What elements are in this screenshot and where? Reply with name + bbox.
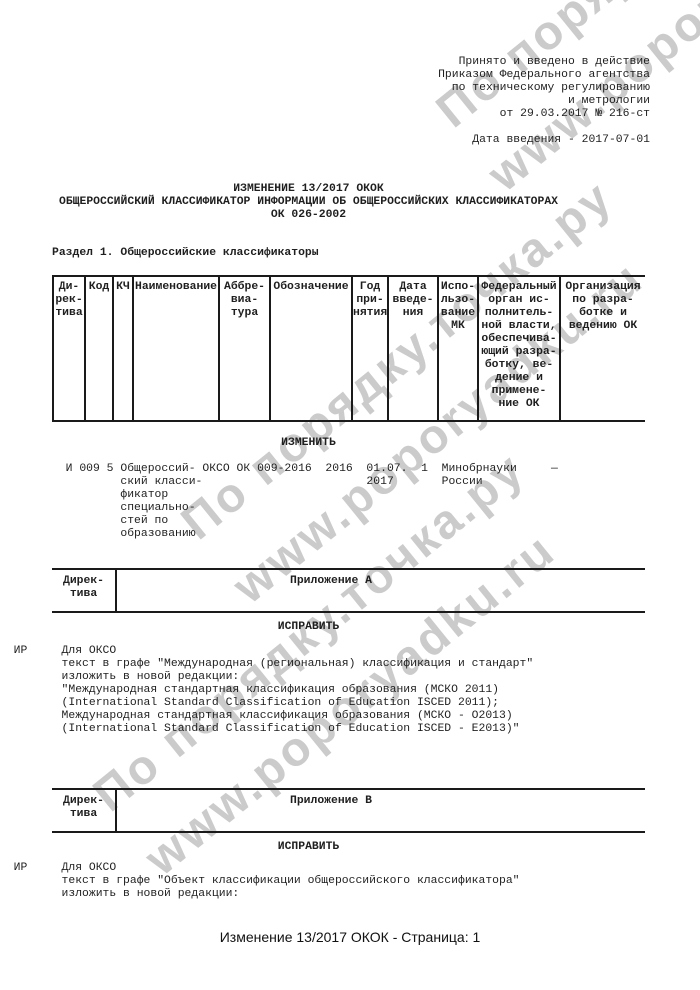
classifier-table-header-cell: Код	[86, 277, 114, 420]
adoption-block: Принято и введено в действиеПриказом Фед…	[0, 56, 650, 121]
action-heading-correct-b: ИСПРАВИТЬ	[52, 841, 645, 854]
document-title-line: ОБЩЕРОССИЙСКИЙ КЛАССИФИКАТОР ИНФОРМАЦИИ …	[52, 196, 565, 209]
classifier-table-header-cell-line: обеспечива-	[479, 333, 559, 346]
correction-block-b: ИР Для ОКСО текст в графе "Объект класси…	[0, 862, 700, 901]
directive-column-label: Дирек-тива	[52, 570, 117, 611]
appendix-a-table: Дирек-тива Приложение А	[52, 568, 645, 613]
classifier-table-header-cell-line: примене-	[479, 385, 559, 398]
classifier-table-header-cell-line: тура	[220, 307, 269, 320]
classifier-table-header-cell-line: при-	[353, 294, 387, 307]
classifier-table-header-cell: КЧ	[114, 277, 134, 420]
classifier-table-header-cell-line: ние ОК	[479, 398, 559, 411]
document-page: По порядку.точка.ру www.poporyadku.ru По…	[0, 0, 700, 990]
appendix-b-table: Дирек-тива Приложение В	[52, 788, 645, 833]
classifier-table-header-cell-line: нятия	[353, 307, 387, 320]
adoption-line: по техническому регулированию	[0, 82, 650, 95]
directive-label-line: Дирек-	[52, 795, 115, 808]
document-content: Принято и введено в действиеПриказом Фед…	[0, 56, 700, 944]
classifier-table-header-cell-line: полнитель-	[479, 307, 559, 320]
classifier-table-header-cell-line: рек-	[54, 294, 84, 307]
introduction-date: Дата введения - 2017-07-01	[0, 134, 650, 147]
directive-label-line: тива	[52, 808, 115, 821]
classifier-table-header-cell-line: введе-	[389, 294, 437, 307]
classifier-table-header-cell-line: КЧ	[114, 281, 132, 294]
classifier-table-header-cell-line: Организация	[561, 281, 645, 294]
correction-line: Международная стандартная классификация …	[0, 710, 700, 723]
classifier-table-header-cell-line: орган ис-	[479, 294, 559, 307]
document-title-line: ОК 026-2002	[52, 209, 565, 222]
classifier-table-header-cell-line: по разра-	[561, 294, 645, 307]
adoption-line: от 29.03.2017 № 216-ст	[0, 108, 650, 121]
adoption-line: Принято и введено в действие	[0, 56, 650, 69]
classifier-table-header-cell-line: Обозначение	[271, 281, 351, 294]
classifier-table-header-cell-line: Дата	[389, 281, 437, 294]
correction-line: текст в графе "Международная (региональн…	[0, 658, 700, 671]
document-title: ИЗМЕНЕНИЕ 13/2017 ОКОКОБЩЕРОССИЙСКИЙ КЛА…	[52, 183, 645, 222]
action-heading-change: ИЗМЕНИТЬ	[52, 437, 645, 450]
section-heading: Раздел 1. Общероссийские классификаторы	[52, 247, 700, 260]
document-title-line: ИЗМЕНЕНИЕ 13/2017 ОКОК	[52, 183, 565, 196]
directive-label-line: тива	[52, 588, 115, 601]
classifier-table-header: Ди-рек-тиваКодКЧНаименованиеАббре-виа-ту…	[52, 275, 645, 422]
classifier-table-header-cell-line: ведению ОК	[561, 320, 645, 333]
adoption-line: и метрологии	[0, 95, 650, 108]
classifier-table-header-cell: Ди-рек-тива	[52, 277, 86, 420]
correction-line: (International Standard Classification o…	[0, 723, 700, 736]
page-number-text: Изменение 13/2017 ОКОК - Страница: 1	[220, 929, 481, 945]
classifier-table-header-cell: Испо-льзо-ваниеМК	[439, 277, 479, 420]
classifier-table-header-cell: Наименование	[134, 277, 220, 420]
correction-line: изложить в новой редакции:	[0, 671, 700, 684]
correction-line: текст в графе "Объект классификации обще…	[0, 875, 700, 888]
classifier-table-header-cell: Обозначение	[271, 277, 353, 420]
correction-line: ИР Для ОКСО	[0, 862, 700, 875]
classifier-table-header-cell-line: тива	[54, 307, 84, 320]
classifier-table-header-cell-line: Год	[353, 281, 387, 294]
classifier-table-header-cell-line: ботке и	[561, 307, 645, 320]
classifier-row-line: фикатор	[52, 489, 700, 502]
directive-column-label: Дирек-тива	[52, 790, 117, 831]
correction-line: "Международная стандартная классификация…	[0, 684, 700, 697]
classifier-table-header-cell: Датавведе-ния	[389, 277, 439, 420]
page-footer: Изменение 13/2017 ОКОК - Страница: 1	[0, 931, 700, 944]
appendix-a-title: Приложение А	[117, 570, 645, 611]
classifier-table-header-cell-line: Федеральный	[479, 281, 559, 294]
classifier-table-header-cell: Годпри-нятия	[353, 277, 389, 420]
directive-label-line: Дирек-	[52, 575, 115, 588]
classifier-table-header-cell-line: вание	[439, 307, 477, 320]
classifier-table-header-cell-line: дение и	[479, 372, 559, 385]
appendix-b-title: Приложение В	[117, 790, 645, 831]
classifier-row-line: образованию	[52, 528, 700, 541]
classifier-row-line: И 009 5 Общероссий- ОКСО ОК 009-2016 201…	[52, 463, 700, 476]
classifier-table-header-cell: Организацияпо разра-ботке иведению ОК	[561, 277, 645, 420]
classifier-table-header-cell-line: Аббре-	[220, 281, 269, 294]
classifier-table-header-cell-line: ботку, ве-	[479, 359, 559, 372]
classifier-row-line: стей по	[52, 515, 700, 528]
correction-block-a: ИР Для ОКСО текст в графе "Международная…	[0, 645, 700, 736]
correction-line: ИР Для ОКСО	[0, 645, 700, 658]
classifier-row-line: специально-	[52, 502, 700, 515]
action-heading-correct-a: ИСПРАВИТЬ	[52, 621, 645, 634]
classifier-table-header-cell-line: виа-	[220, 294, 269, 307]
classifier-table-header-cell-line: ния	[389, 307, 437, 320]
classifier-table-header-cell-line: ной власти,	[479, 320, 559, 333]
classifier-table-header-cell-line: Наименование	[134, 281, 218, 294]
correction-line: (International Standard Classification o…	[0, 697, 700, 710]
classifier-table-header-cell: Аббре-виа-тура	[220, 277, 271, 420]
classifier-table-row: И 009 5 Общероссий- ОКСО ОК 009-2016 201…	[52, 463, 700, 541]
classifier-table-header-cell-line: Код	[86, 281, 112, 294]
classifier-table-header-cell-line: МК	[439, 320, 477, 333]
classifier-table-header-cell-line: Ди-	[54, 281, 84, 294]
classifier-table-header-cell-line: ющий разра-	[479, 346, 559, 359]
correction-line: изложить в новой редакции:	[0, 888, 700, 901]
classifier-table-header-cell-line: Испо-	[439, 281, 477, 294]
classifier-table-header-cell: Федеральныйорган ис-полнитель-ной власти…	[479, 277, 561, 420]
classifier-table-header-cell-line: льзо-	[439, 294, 477, 307]
adoption-line: Приказом Федерального агентства	[0, 69, 650, 82]
classifier-row-line: ский класси- 2017 России	[52, 476, 700, 489]
